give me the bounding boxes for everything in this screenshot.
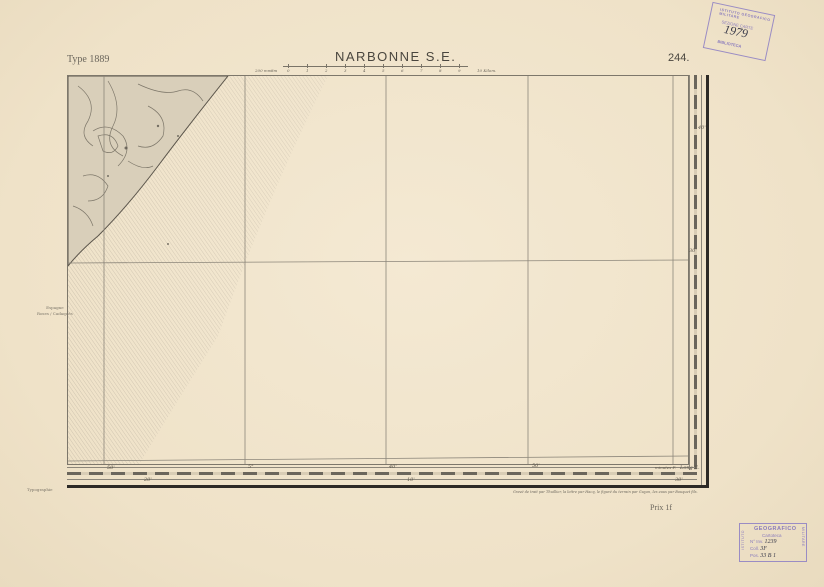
degree-label-lower: 30' <box>675 477 683 483</box>
library-stamp-top: ISTITUTO GEOGRAFICO MILITARE SEZIONE CAR… <box>703 2 775 61</box>
border-dashed-bottom <box>67 472 697 475</box>
map-sheet: Type 1889 NARBONNE S.E. 244. 200 mm 8m 0… <box>0 0 824 587</box>
scale-bar: 200 mm 8m 0 1 2 3 4 5 6 7 8 9 10 Kilom. <box>255 62 510 76</box>
coastline-and-sea <box>68 76 689 465</box>
engraver-imprint: Gravé de trait par Thuillier, la lettre … <box>513 490 698 494</box>
type-label: Type 1889 <box>67 54 109 65</box>
degree-label-lower: 10' <box>407 477 415 483</box>
left-margin-note: Espagne Roses / Cadaqués <box>37 305 73 317</box>
degree-label: 50' <box>107 465 115 471</box>
price-label: Prix 1f <box>650 503 672 512</box>
degree-label: 50' <box>532 463 540 469</box>
bottom-left-note: Typographie <box>27 487 53 492</box>
degree-label-right: 30' <box>689 248 697 254</box>
corner-label: Long E. <box>680 465 700 471</box>
border-dashed-right <box>694 75 697 470</box>
map-frame: 50' 5° 40' 50' 20' 10' 30' 40' 30' Long … <box>67 75 709 488</box>
map-area <box>67 75 689 465</box>
scale-left-label: 8m <box>271 68 277 73</box>
scale-end-label: 10 Kilom. <box>477 68 496 73</box>
degree-label: 5° <box>248 464 254 470</box>
scale-left-label: 200 mm <box>255 68 272 73</box>
border-thick-bottom <box>67 485 709 488</box>
border-thick-right <box>706 75 709 488</box>
degree-label: 40' <box>389 464 397 470</box>
sheet-number: 244. <box>668 52 689 64</box>
degree-label-right: 40' <box>698 125 706 131</box>
degree-label-lower: 20' <box>144 477 152 483</box>
corner-note: minutes F. <box>655 465 676 470</box>
cartoteca-stamp: ISTITUTO MILITARE GEOGRAFICO Cartoteca N… <box>739 523 807 562</box>
